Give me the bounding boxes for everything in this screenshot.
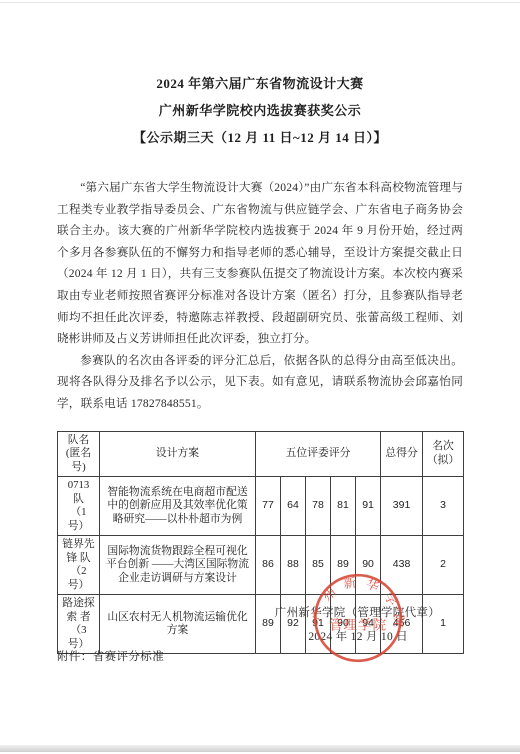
design-plan-cell: 山区农村无人机物流运输优化方案 [100,595,256,654]
judge-score-cell: 81 [331,477,356,536]
attachment-note: 附件：省赛评分标准 [57,648,164,664]
judge-score-cell: 91 [356,477,381,536]
col-header-team: 队名 (匿名号) [58,431,100,477]
body-text: “第六届广东省大学生物流设计大赛（2024）”由广东省本科高校物流管理与工程类专… [57,177,463,415]
col-header-total: 总得分 [381,431,423,477]
total-score-cell: 391 [381,477,423,536]
page-bottom-edge [0,745,520,752]
table-header-row: 队名 (匿名号) 设计方案 五位评委评分 总得分 名次 （拟） [58,431,464,477]
col-header-rank: 名次 （拟） [423,431,464,477]
team-name-cell: 0713 队 （1 号） [58,477,100,536]
document-subtitle: 广州新华学院校内选拔赛获奖公示 [0,97,520,124]
judge-score-cell: 77 [256,477,281,536]
col-header-judges: 五位评委评分 [256,431,381,477]
signature-date: 2024 年 12 月 10 日 [308,628,408,644]
design-plan-cell: 国际物流货物跟踪全程可视化平台创新 ——大湾区国际物流企业走访调研与方案设计 [100,536,256,595]
total-score-cell: 438 [381,536,423,595]
notice-period: 【公示期三天（12 月 11 日~12 月 14 日）】 [0,124,520,151]
results-table: 队名 (匿名号) 设计方案 五位评委评分 总得分 名次 （拟） 0713 队 （… [57,431,464,655]
page-top-edge [0,2,520,3]
col-header-plan: 设计方案 [100,431,256,477]
table-row: 0713 队 （1 号） 智能物流系统在电商超市配送中的创新应用及其效率优化策略… [58,477,464,536]
paragraph-results: 参赛队的名次由各评委的评分汇总后，依据各队的总得分由高至低决出。现将各队得分及排… [57,350,463,415]
team-name-cell: 链界先 锋 队 （2 号） [58,536,100,595]
judge-score-cell: 86 [256,536,281,595]
document-page: 2024 年第六届广东省物流设计大赛 广州新华学院校内选拔赛获奖公示 【公示期三… [0,0,520,754]
judge-score-cell: 89 [331,536,356,595]
judge-score-cell: 88 [281,536,306,595]
design-plan-cell: 智能物流系统在电商超市配送中的创新应用及其效率优化策略研究——以朴朴超市为例 [100,477,256,536]
title-block: 2024 年第六届广东省物流设计大赛 广州新华学院校内选拔赛获奖公示 【公示期三… [0,0,520,151]
paragraph-intro: “第六届广东省大学生物流设计大赛（2024）”由广东省本科高校物流管理与工程类专… [57,177,463,350]
judge-score-cell: 64 [281,477,306,536]
rank-cell: 3 [423,477,464,536]
signature-organization: 广州新华学院（管理学院代章） [275,604,440,620]
document-title: 2024 年第六届广东省物流设计大赛 [0,70,520,97]
team-name-cell: 路途探 索 者 （3 号） [58,595,100,654]
judge-score-cell: 85 [306,536,331,595]
judge-score-cell: 78 [306,477,331,536]
table-row: 链界先 锋 队 （2 号） 国际物流货物跟踪全程可视化平台创新 ——大湾区国际物… [58,536,464,595]
rank-cell: 2 [423,536,464,595]
judge-score-cell: 90 [356,536,381,595]
